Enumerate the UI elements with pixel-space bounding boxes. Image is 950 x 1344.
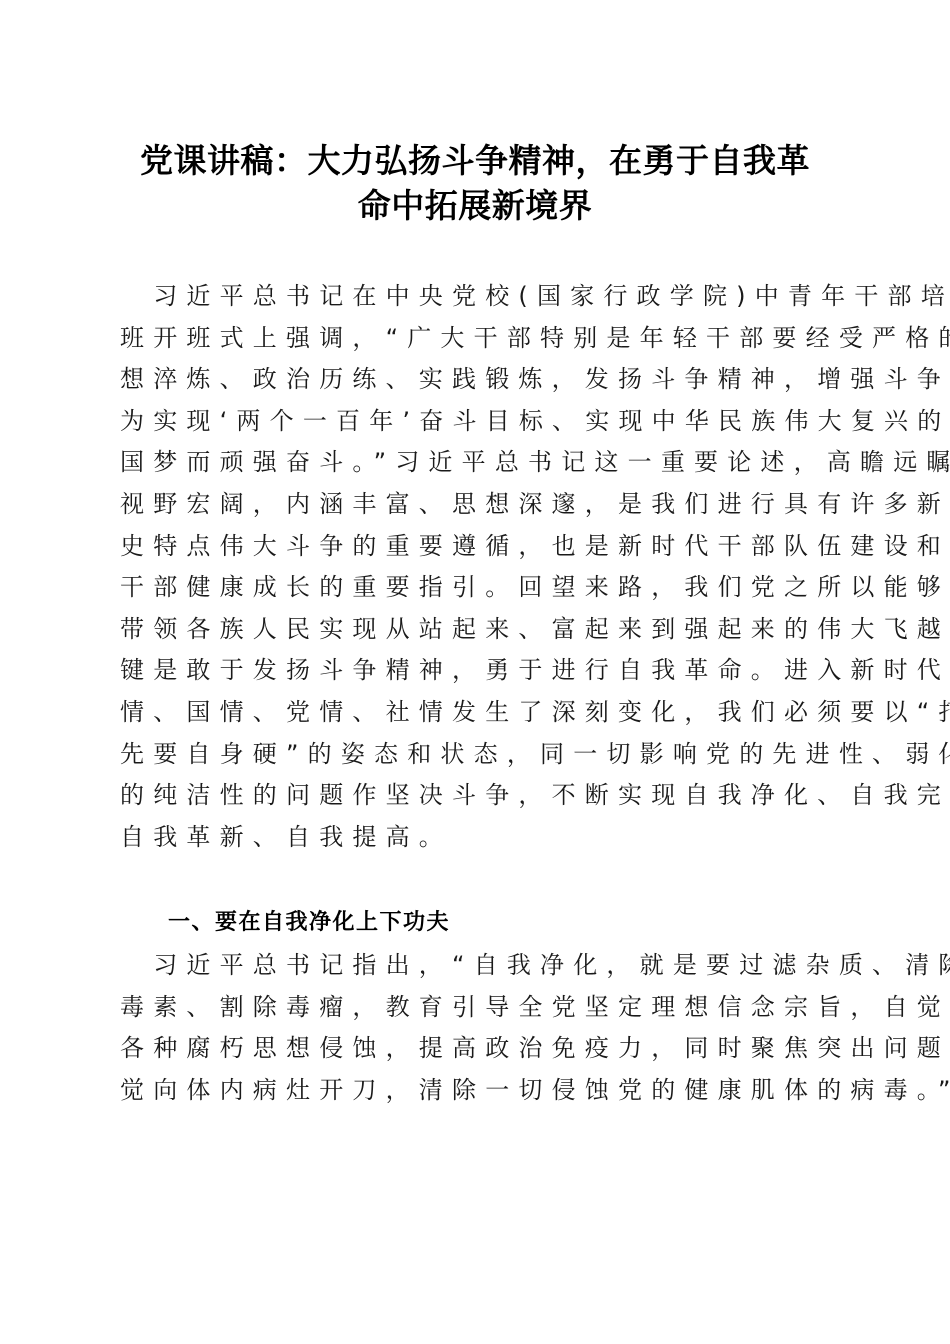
- document-page: 党课讲稿：大力弘扬斗争精神，在勇于自我革 命中拓展新境界 习近平总书记在中央党校…: [0, 0, 950, 1344]
- paragraph-line: 想淬炼、政治历练、实践锻炼，发扬斗争精神，增强斗争本领，: [120, 359, 830, 401]
- paragraph-line: 各种腐朽思想侵蚀，提高政治免疫力，同时聚焦突出问题，自: [120, 1028, 830, 1070]
- paragraph-line: 毒素、割除毒瘤，教育引导全党坚定理想信念宗旨，自觉抵御: [120, 987, 830, 1029]
- document-title: 党课讲稿：大力弘扬斗争精神，在勇于自我革 命中拓展新境界: [110, 138, 840, 228]
- paragraph-line: 带领各族人民实现从站起来、富起来到强起来的伟大飞越，关: [120, 609, 830, 651]
- paragraph-line: 干部健康成长的重要指引。回望来路，我们党之所以能够团结: [120, 567, 830, 609]
- paragraph-line: 史特点伟大斗争的重要遵循，也是新时代干部队伍建设和年轻: [120, 526, 830, 568]
- paragraph-line: 习近平总书记指出，“自我净化，就是要过滤杂质、清除: [120, 945, 830, 987]
- paragraph-line: 国梦而顽强奋斗。”习近平总书记这一重要论述，高瞻远瞩、: [120, 442, 830, 484]
- paragraph-line: 觉向体内病灶开刀，清除一切侵蚀党的健康肌体的病毒。”党: [120, 1070, 830, 1112]
- paragraph-intro: 习近平总书记在中央党校(国家行政学院)中青年干部培训 班开班式上强调，“广大干部…: [120, 276, 830, 858]
- title-line-1: 党课讲稿：大力弘扬斗争精神，在勇于自我革: [110, 138, 840, 183]
- paragraph-line: 的纯洁性的问题作坚决斗争，不断实现自我净化、自我完善、: [120, 775, 830, 817]
- paragraph-line: 先要自身硬”的姿态和状态，同一切影响党的先进性、弱化党: [120, 734, 830, 776]
- paragraph-self-purification: 习近平总书记指出，“自我净化，就是要过滤杂质、清除 毒素、割除毒瘤，教育引导全党…: [120, 945, 830, 1111]
- paragraph-line: 为实现‘两个一百年’奋斗目标、实现中华民族伟大复兴的中: [120, 401, 830, 443]
- paragraph-line: 习近平总书记在中央党校(国家行政学院)中青年干部培训: [120, 276, 830, 318]
- section-heading: 一、要在自我净化上下功夫: [168, 905, 450, 941]
- title-line-2: 命中拓展新境界: [110, 183, 840, 228]
- paragraph-line: 班开班式上强调，“广大干部特别是年轻干部要经受严格的思: [120, 318, 830, 360]
- paragraph-line: 键是敢于发扬斗争精神，勇于进行自我革命。进入新时代，世: [120, 650, 830, 692]
- paragraph-line: 情、国情、党情、社情发生了深刻变化，我们必须要以“打铁: [120, 692, 830, 734]
- paragraph-line: 自我革新、自我提高。: [120, 817, 830, 859]
- paragraph-line: 视野宏阔，内涵丰富、思想深邃，是我们进行具有许多新的历: [120, 484, 830, 526]
